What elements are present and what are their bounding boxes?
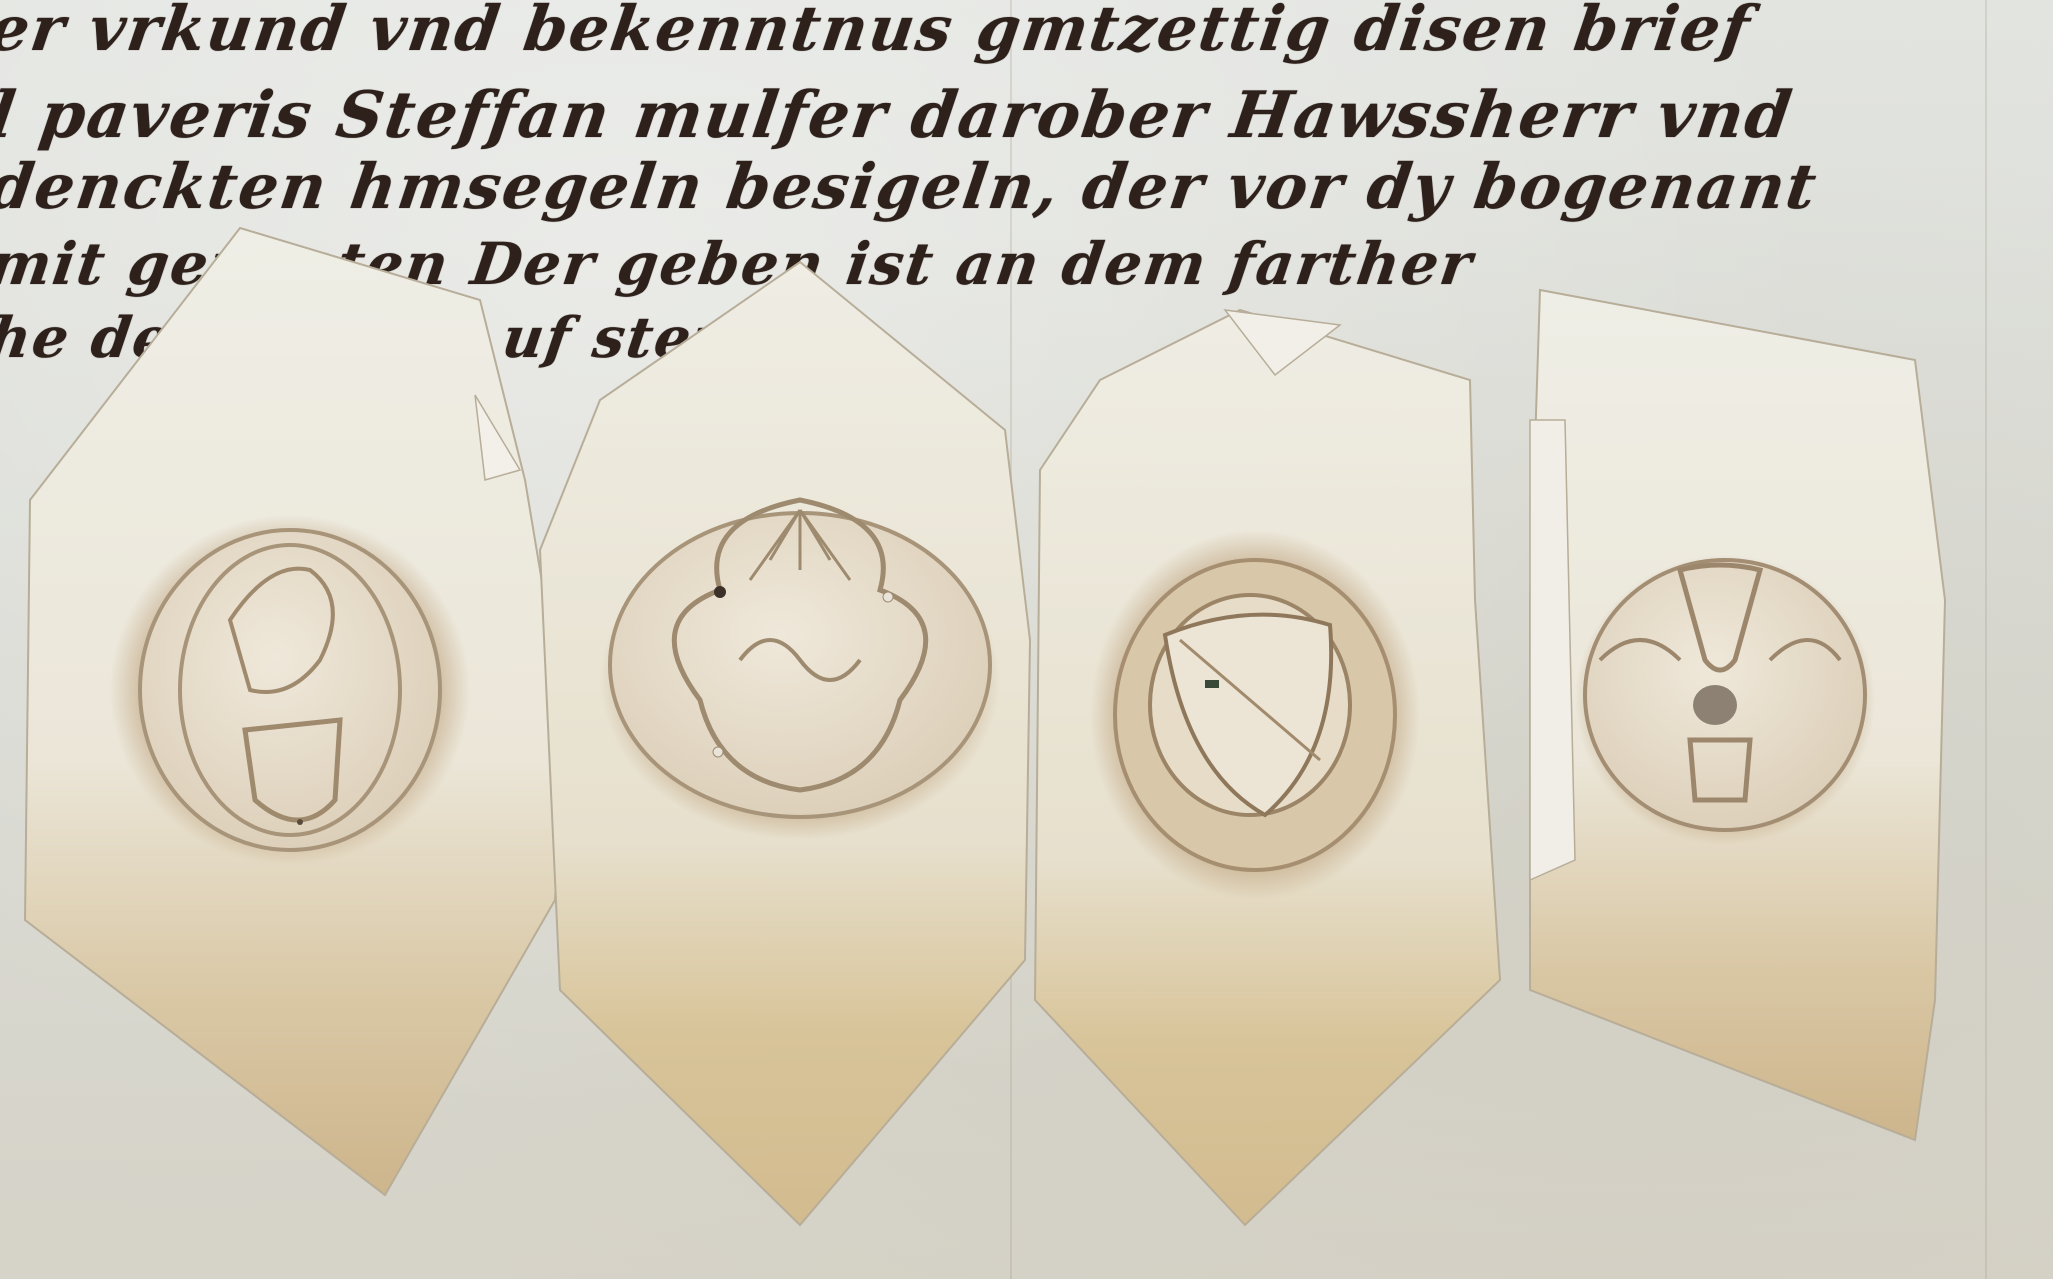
seal-1 — [25, 228, 565, 1195]
seal-2 — [540, 262, 1030, 1225]
seals-layer — [0, 0, 2053, 1279]
seal-4 — [1530, 290, 1945, 1140]
seal-3 — [1035, 310, 1500, 1225]
